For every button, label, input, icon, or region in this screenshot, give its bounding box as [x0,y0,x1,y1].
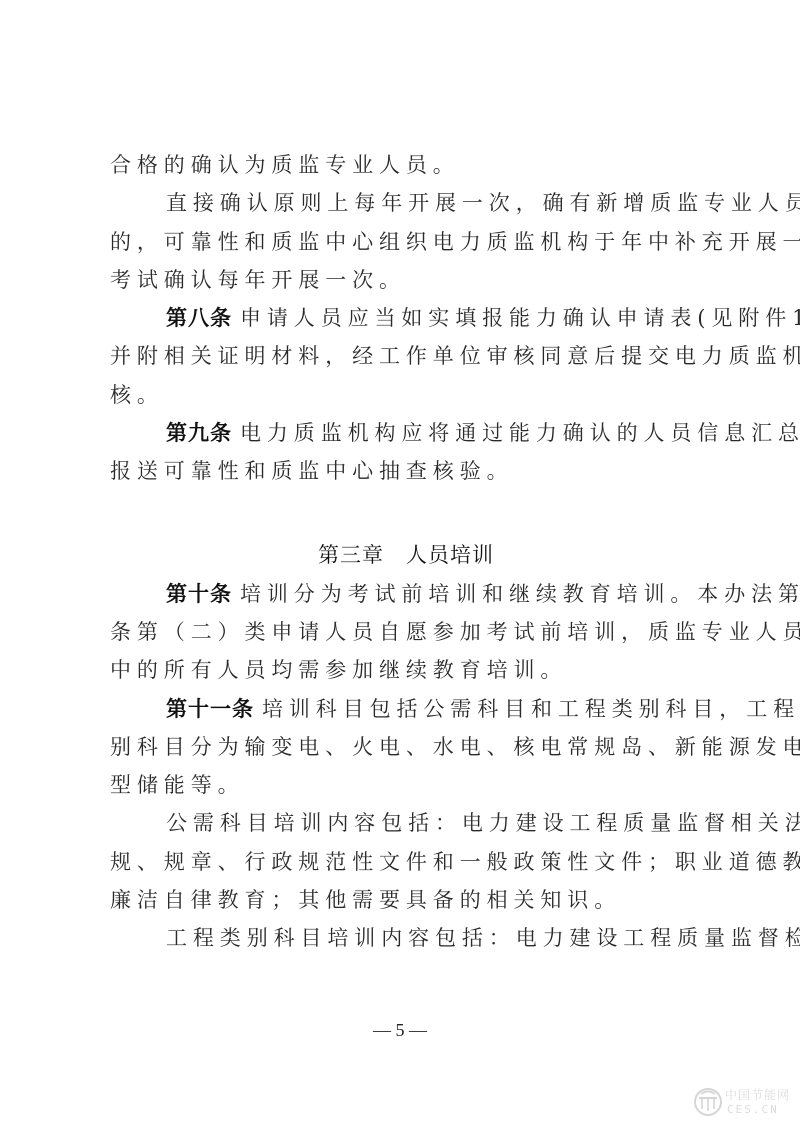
article-11-text: 培训科目包括公需科目和工程类别科目，工程类 [262,697,800,721]
paragraph-line: 直接确认原则上每年开展一次，确有新增质监专业人员需求 [110,184,702,222]
page-number: — 5 — [0,1020,800,1041]
chapter-number: 第三章 [318,543,384,567]
paragraph-line: 公需科目培训内容包括：电力建设工程质量监督相关法律法 [110,804,702,842]
paragraph-line: 工程类别科目培训内容包括：电力建设工程质量监督检查大 [110,919,702,957]
chapter-heading: 第三章人员培训 [110,535,702,575]
article-8-label: 第八条 [166,306,232,330]
watermark-chinese: 中国节能网 [725,1086,790,1103]
paragraph-line: 并附相关证明材料，经工作单位审核同意后提交电力质监机构审 [110,337,702,375]
article-8-text: 申请人员应当如实填报能力确认申请表(见附件1)， [240,306,800,330]
paragraph-line: 考试确认每年开展一次。 [110,261,702,299]
paragraph-line: 核。 [110,376,702,414]
article-10-label: 第十条 [166,582,232,606]
article-11-label: 第十一条 [166,697,254,721]
paragraph-line: 规、规章、行政规范性文件和一般政策性文件；职业道德教育、 [110,843,702,881]
watermark: 中国节能网 CES.CN [693,1083,798,1123]
article-11-line: 第十一条培训科目包括公需科目和工程类别科目，工程类 [110,690,702,728]
chapter-title: 人员培训 [406,543,494,567]
section-spacer [110,491,702,535]
paragraph-line: 型储能等。 [110,766,702,804]
article-9-line: 第九条电力质监机构应将通过能力确认的人员信息汇总后 [110,414,702,452]
paragraph-line: 的，可靠性和质监中心组织电力质监机构于年中补充开展一次。 [110,223,702,261]
article-10-text: 培训分为考试前培训和继续教育培训。本办法第七 [240,582,800,606]
paragraph-line: 别科目分为输变电、火电、水电、核电常规岛、新能源发电、新 [110,728,702,766]
watermark-english: CES.CN [727,1103,779,1116]
ces-logo-icon [693,1087,723,1117]
document-page: 合格的确认为质监专业人员。 直接确认原则上每年开展一次，确有新增质监专业人员需求… [110,146,702,958]
paragraph-line: 报送可靠性和质监中心抽查核验。 [110,452,702,490]
paragraph-line: 中的所有人员均需参加继续教育培训。 [110,651,702,689]
paragraph-line: 合格的确认为质监专业人员。 [110,146,702,184]
paragraph-line: 廉洁自律教育；其他需要具备的相关知识。 [110,881,702,919]
article-10-line: 第十条培训分为考试前培训和继续教育培训。本办法第七 [110,575,702,613]
article-8-line: 第八条申请人员应当如实填报能力确认申请表(见附件1)， [110,299,702,337]
paragraph-line: 条第（二）类申请人员自愿参加考试前培训，质监专业人员名录 [110,613,702,651]
article-9-text: 电力质监机构应将通过能力确认的人员信息汇总后 [240,421,800,445]
article-9-label: 第九条 [166,421,232,445]
